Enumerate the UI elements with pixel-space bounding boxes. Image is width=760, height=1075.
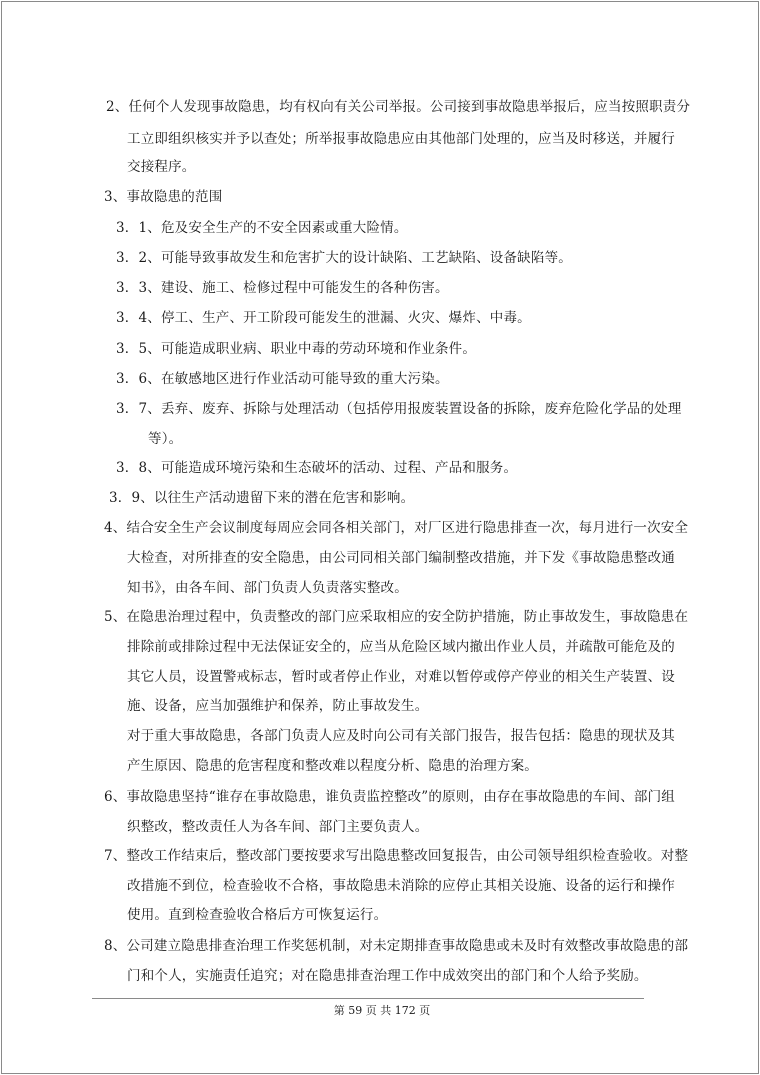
paragraph-7-line-1: 7、整改工作结束后，整改部门要按要求写出隐患整改回复报告，由公司领导组织检查验收… [104, 847, 688, 865]
paragraph-6-line-1: 6、事故隐患坚持“谁存在事故隐患，谁负责监控整改”的原则，由存在事故隐患的车间、… [104, 788, 675, 806]
paragraph-5-line-4: 施、设备，应当加强维护和保养，防止事故发生。 [127, 697, 428, 715]
page-number: 第 59 页 共 172 页 [16, 1002, 748, 1018]
item-3-2: 3．2、可能导致事故发生和危害扩大的设计缺陷、工艺缺陷、设备缺陷等。 [116, 249, 572, 267]
item-3-9: 3．9、以往生产活动遗留下来的潜在危害和影响。 [109, 489, 414, 507]
paragraph-5-line-6: 产生原因、隐患的危害程度和整改难以程度分析、隐患的治理方案。 [127, 757, 538, 775]
item-3-8: 3．8、可能造成环境污染和生态破坏的活动、过程、产品和服务。 [116, 459, 517, 477]
item-3-5: 3．5、可能造成职业病、职业中毒的劳动环境和作业条件。 [116, 340, 476, 358]
paragraph-5-line-2: 排除前或排除过程中无法保证安全的，应当从危险区域内撤出作业人员，并疏散可能危及的 [127, 638, 675, 656]
paragraph-2-line-2: 工立即组织核实并予以查处；所举报事故隐患应由其他部门处理的，应当及时移送，并履行 [127, 130, 675, 148]
item-3-7-line-2: 等）。 [148, 430, 182, 448]
item-3-6: 3．6、在敏感地区进行作业活动可能导致的重大污染。 [116, 370, 449, 388]
paragraph-6-line-2: 织整改，整改责任人为各车间、部门主要负责人。 [127, 818, 428, 836]
paragraph-4-line-3: 知书》，由各车间、部门负责人负责落实整改。 [127, 579, 408, 597]
paragraph-4-line-1: 4、结合安全生产会议制度每周应会同各相关部门，对厂区进行隐患排查一次，每月进行一… [104, 519, 688, 537]
item-3-7-line-1: 3．7、丢弃、废弃、拆除与处理活动（包括停用报废装置设备的拆除，废弃危险化学品的… [116, 400, 682, 418]
paragraph-5-line-1: 5、在隐患治理过程中，负责整改的部门应采取相应的安全防护措施，防止事故发生，事故… [104, 608, 688, 626]
item-3-1: 3．1、危及安全生产的不安全因素或重大险情。 [116, 219, 408, 237]
paragraph-5-line-5: 对于重大事故隐患，各部门负责人应及时向公司有关部门报告，报告包括：隐患的现状及其 [127, 727, 675, 745]
paragraph-4-line-2: 大检查，对所排查的安全隐患，由公司同相关部门编制整改措施，并下发《事故隐患整改通 [127, 549, 675, 567]
paragraph-8-line-1: 8、公司建立隐患排查治理工作奖惩机制，对未定期排查事故隐患或未及时有效整改事故隐… [104, 937, 688, 955]
document-page: 2、任何个人发现事故隐患，均有权向有关公司举报。公司接到事故隐患举报后，应当按照… [1, 1, 759, 1074]
footer-divider [92, 998, 644, 999]
paragraph-7-line-2: 改措施不到位，检查验收不合格，事故隐患未消除的应停止其相关设施、设备的运行和操作 [127, 877, 675, 895]
paragraph-7-line-3: 使用。直到检查验收合格后方可恢复运行。 [127, 906, 387, 924]
section-3-heading: 3、事故隐患的范围 [104, 188, 222, 206]
paragraph-8-line-2: 门和个人，实施责任追究；对在隐患排查治理工作中成效突出的部门和个人给予奖励。 [127, 967, 648, 985]
paragraph-2-line-3: 交接程序。 [127, 158, 196, 176]
paragraph-5-line-3: 其它人员，设置警戒标志，暂时或者停止作业，对难以暂停或停产停业的相关生产装置、设 [127, 668, 675, 686]
item-3-4: 3．4、停工、生产、开工阶段可能发生的泄漏、火灾、爆炸、中毒。 [116, 309, 531, 327]
item-3-3: 3．3、建设、施工、检修过程中可能发生的各种伤害。 [116, 279, 449, 297]
paragraph-2-line-1: 2、任何个人发现事故隐患，均有权向有关公司举报。公司接到事故隐患举报后，应当按照… [106, 98, 690, 116]
